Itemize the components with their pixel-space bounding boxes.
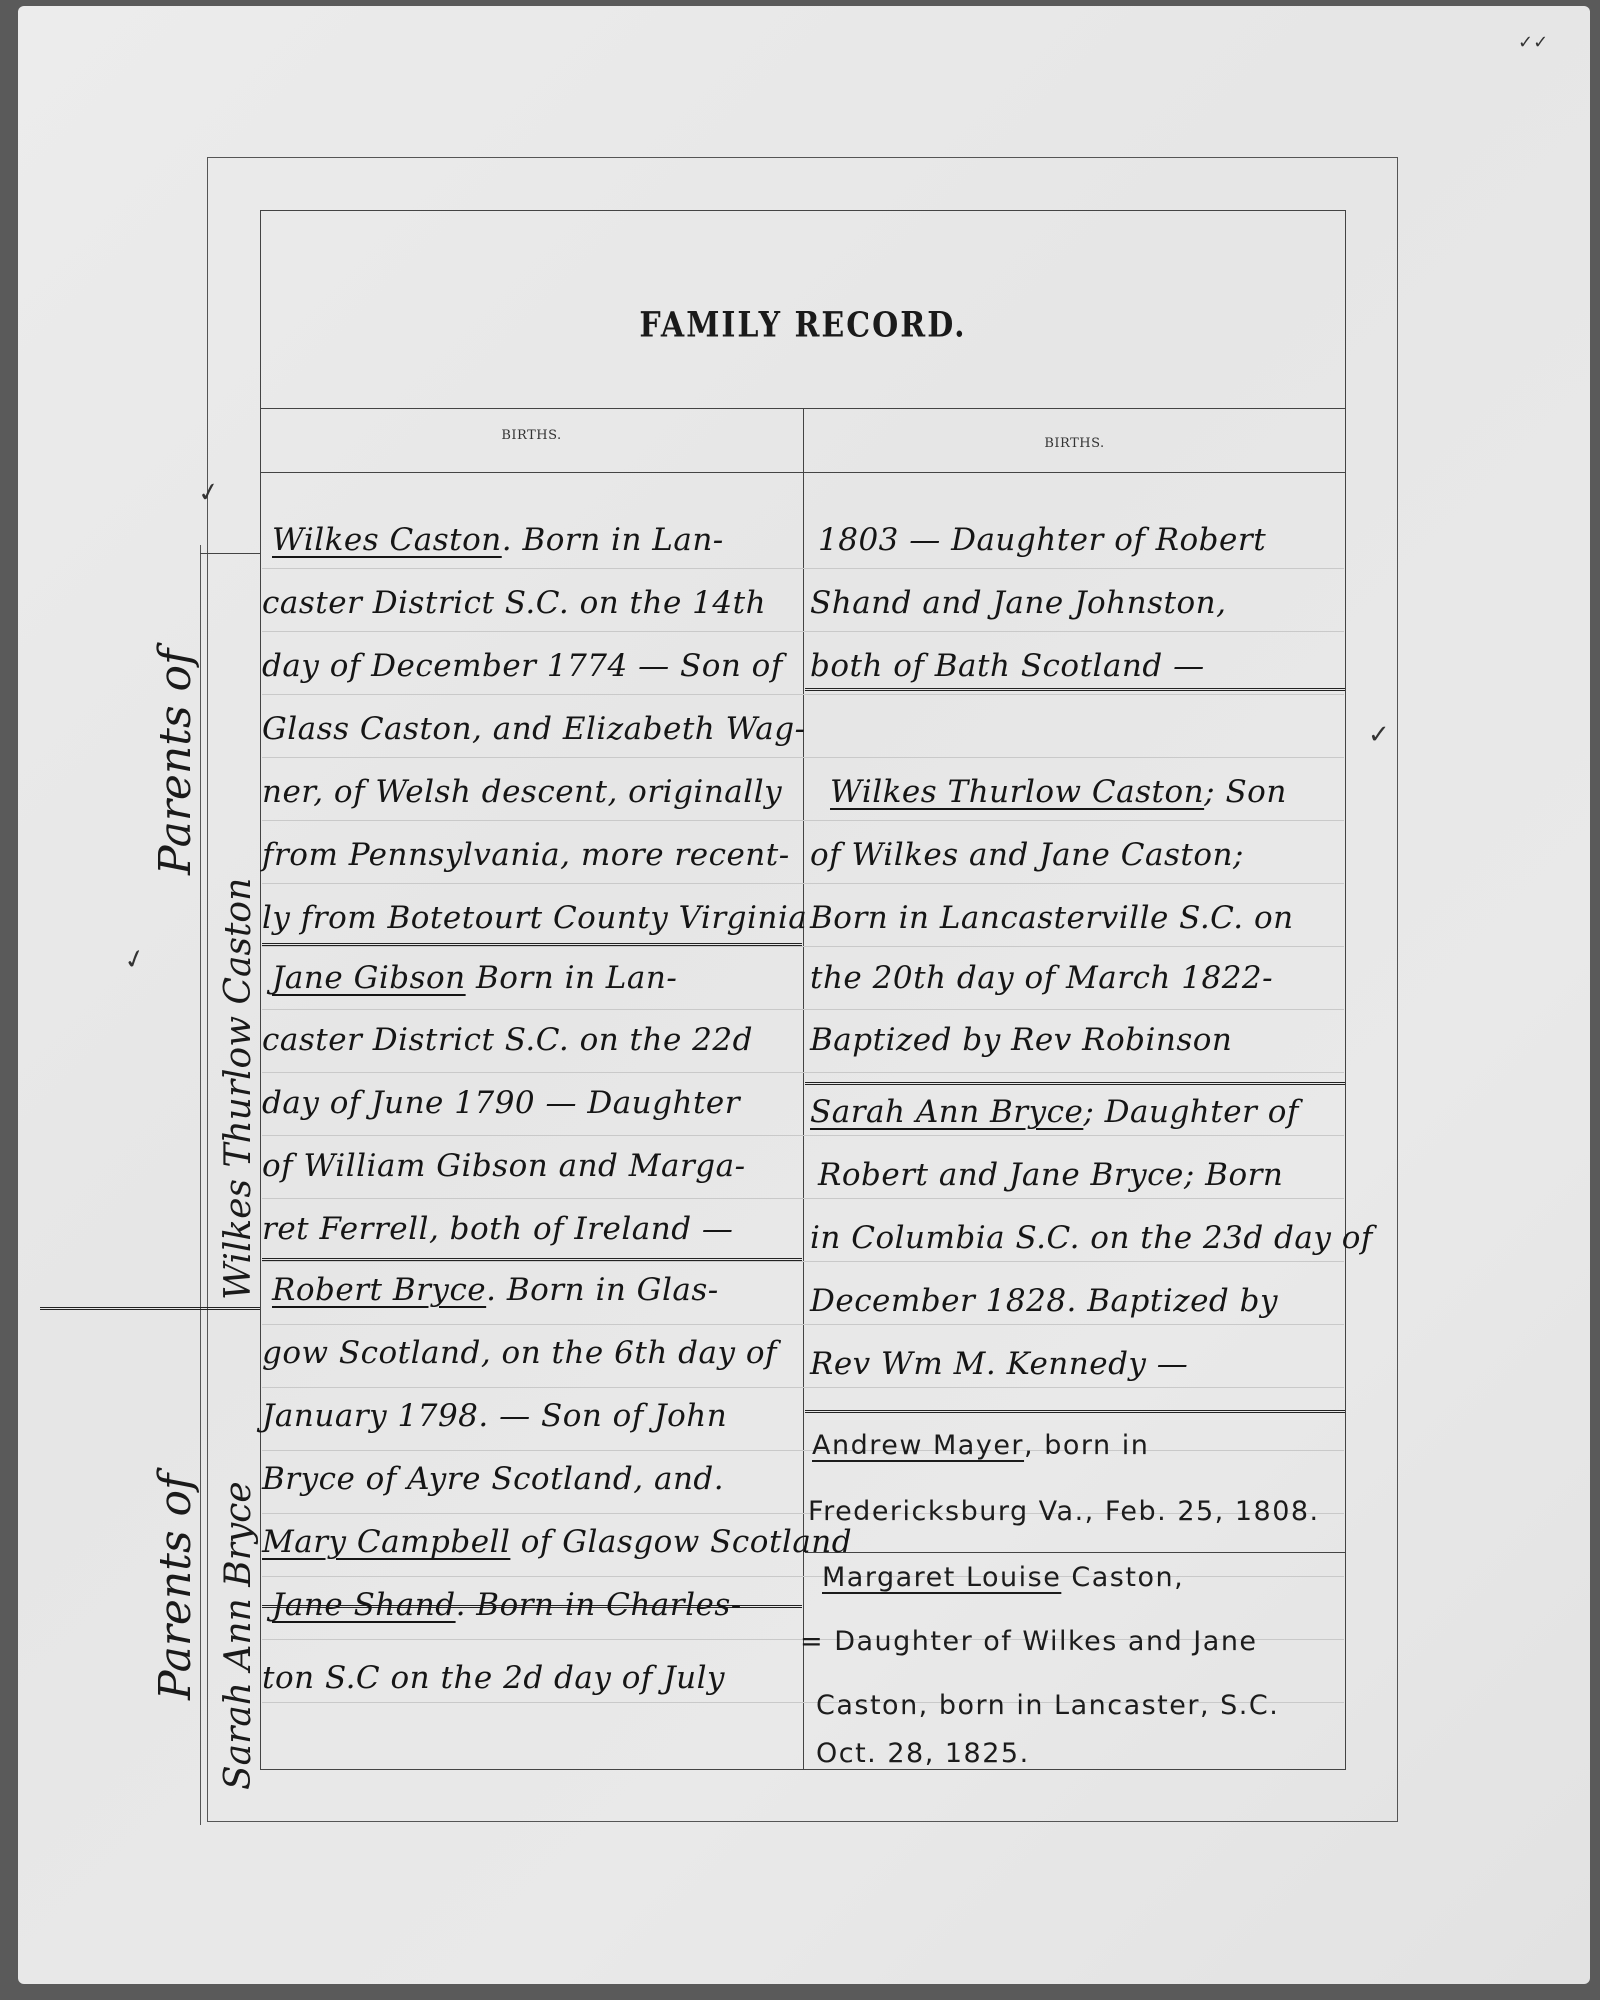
person-name: Wilkes Thurlow Caston (830, 774, 1204, 810)
entry-line: gow Scotland, on the 6th day of (262, 1335, 777, 1371)
ruled-line (262, 568, 1344, 569)
entry-line: Robert Bryce. Born in Glas- (272, 1272, 719, 1308)
entry-line: Shand and Jane Johnston, (810, 585, 1226, 621)
person-name: Mary Campbell (262, 1524, 510, 1560)
entry-line: Glass Caston, and Elizabeth Wag- (262, 711, 806, 747)
entry-line: Caston, born in Lancaster, S.C. (816, 1690, 1279, 1721)
entry-line: January 1798. — Son of John (262, 1398, 727, 1434)
entry-line: caster District S.C. on the 22d (262, 1022, 753, 1058)
ruled-line (262, 631, 1344, 632)
ruled-line (262, 1072, 1344, 1073)
entry-line: 1803 — Daughter of Robert (818, 522, 1266, 558)
entry-line: = Daughter of Wilkes and Jane (800, 1626, 1258, 1657)
entry-line: from Pennsylvania, more recent- (262, 837, 790, 873)
entry-line: day of December 1774 — Son of (262, 648, 783, 684)
margin-note-sarah-ann-bryce: Sarah Ann Bryce (218, 1481, 259, 1790)
person-name: Margaret Louise (822, 1562, 1061, 1593)
ruled-line (262, 1135, 1344, 1136)
ruled-line (262, 694, 1344, 695)
entry-line: Oct. 28, 1825. (816, 1738, 1030, 1769)
entry-line: Margaret Louise Caston, (822, 1562, 1184, 1593)
ruled-line (262, 757, 1344, 758)
ruled-line (262, 946, 1344, 947)
entry-line: of Wilkes and Jane Caston; (810, 837, 1244, 873)
left-separator-1 (262, 943, 802, 946)
entry-line: Fredericksburg Va., Feb. 25, 1808. (808, 1496, 1320, 1527)
ruled-line (262, 1261, 1344, 1262)
entry-line: Sarah Ann Bryce; Daughter of (810, 1094, 1299, 1130)
margin-note-wilkes-thurlow-caston: Wilkes Thurlow Caston (218, 878, 259, 1300)
ruled-line (262, 1387, 1344, 1388)
ruled-line (262, 1198, 1344, 1199)
ruled-line (262, 883, 1344, 884)
column-divider (803, 408, 804, 1770)
checkmark-icon: ✓ (1368, 720, 1390, 750)
entry-line: December 1828. Baptized by (810, 1283, 1278, 1319)
entry-line: Wilkes Caston. Born in Lan- (272, 522, 724, 558)
entry-line: ly from Botetourt County Virginia (262, 900, 807, 936)
corner-checkmarks-icon: ✓✓ (1518, 32, 1548, 53)
entry-line: Baptized by Rev Robinson (810, 1022, 1232, 1058)
entry-line: Jane Gibson Born in Lan- (272, 960, 677, 996)
column-header-right: BIRTHS. (803, 436, 1346, 451)
entry-line: Mary Campbell of Glasgow Scotland (262, 1524, 852, 1560)
ruled-line (262, 1009, 1344, 1010)
entry-line: ret Ferrell, both of Ireland — (262, 1211, 733, 1247)
right-separator-1 (805, 688, 1345, 691)
ruled-line (262, 1324, 1344, 1325)
person-name: Jane Shand (272, 1587, 456, 1623)
entry-line: day of June 1790 — Daughter (262, 1085, 740, 1121)
entry-line: caster District S.C. on the 14th (262, 585, 766, 621)
margin-note-parents-lower: Parents of (150, 1474, 201, 1700)
entry-line: both of Bath Scotland — (810, 648, 1205, 684)
person-name: Andrew Mayer (812, 1430, 1024, 1461)
entry-line: Andrew Mayer, born in (812, 1430, 1149, 1461)
entry-line: Bryce of Ayre Scotland, and. (262, 1461, 724, 1497)
person-name: Jane Gibson (272, 960, 466, 996)
entry-line: Jane Shand. Born in Charles- (272, 1587, 742, 1623)
entry-line: the 20th day of March 1822- (810, 960, 1273, 996)
entry-line: of William Gibson and Marga- (262, 1148, 746, 1184)
margin-bracket-1 (200, 553, 260, 554)
entry-line: in Columbia S.C. on the 23d day of (810, 1220, 1373, 1256)
page-title: FAMILY RECORD. (260, 305, 1346, 345)
entry-line: Rev Wm M. Kennedy — (810, 1346, 1188, 1382)
entry-line: ton S.C on the 2d day of July (262, 1660, 725, 1696)
entry-line: Born in Lancasterville S.C. on (810, 900, 1294, 936)
right-separator-2 (805, 1082, 1345, 1085)
entry-line: ner, of Welsh descent, originally (262, 774, 782, 810)
ruled-line (262, 1450, 1344, 1451)
entry-line: Robert and Jane Bryce; Born (818, 1157, 1283, 1193)
person-name: Wilkes Caston (272, 522, 502, 558)
person-name: Sarah Ann Bryce (810, 1094, 1083, 1130)
entry-line: Wilkes Thurlow Caston; Son (830, 774, 1287, 810)
margin-note-parents-upper: Parents of (150, 649, 201, 875)
right-separator-3 (805, 1410, 1345, 1413)
margin-bracket-2 (40, 1307, 260, 1310)
ruled-line (262, 820, 1344, 821)
right-separator-4 (805, 1552, 1345, 1553)
left-separator-2 (262, 1258, 802, 1261)
column-header-left: BIRTHS. (260, 428, 803, 443)
person-name: Robert Bryce (272, 1272, 486, 1308)
